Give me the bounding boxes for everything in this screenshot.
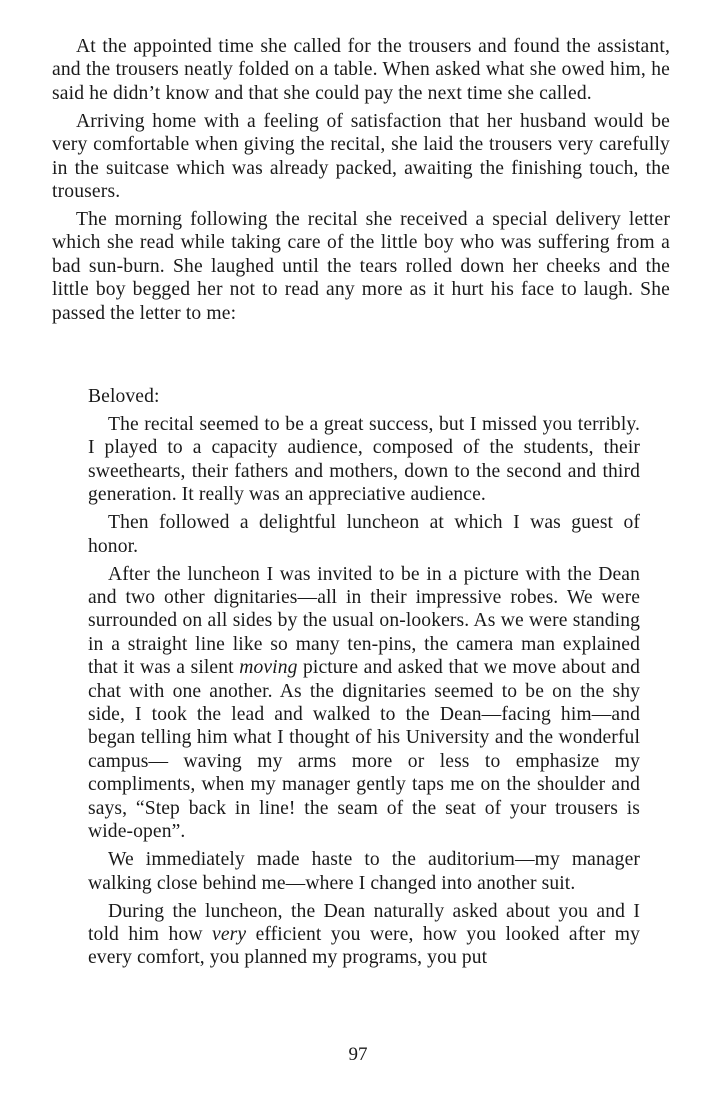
letter-salutation: Beloved: [88, 385, 640, 408]
narrative-paragraph: Arriving home with a feeling of satisfac… [52, 110, 670, 204]
emphasized-word: moving [239, 657, 297, 678]
letter-paragraph: We immediately made haste to the auditor… [88, 848, 640, 895]
narrative-text: At the appointed time she called for the… [52, 35, 670, 330]
letter-paragraph: After the luncheon I was invited to be i… [88, 563, 640, 844]
letter-paragraph: The recital seemed to be a great success… [88, 413, 640, 507]
narrative-paragraph: At the appointed time she called for the… [52, 35, 670, 105]
letter-paragraph: Then followed a delightful luncheon at w… [88, 511, 640, 558]
page-number: 97 [0, 1043, 716, 1066]
narrative-paragraph: The morning following the recital she re… [52, 208, 670, 325]
letter-text: picture and asked that we move about and… [88, 657, 640, 842]
book-page: At the appointed time she called for the… [0, 0, 720, 1103]
emphasized-word: very [212, 924, 246, 945]
quoted-letter: Beloved: The recital seemed to be a grea… [88, 385, 640, 974]
letter-paragraph: During the luncheon, the Dean naturally … [88, 900, 640, 970]
